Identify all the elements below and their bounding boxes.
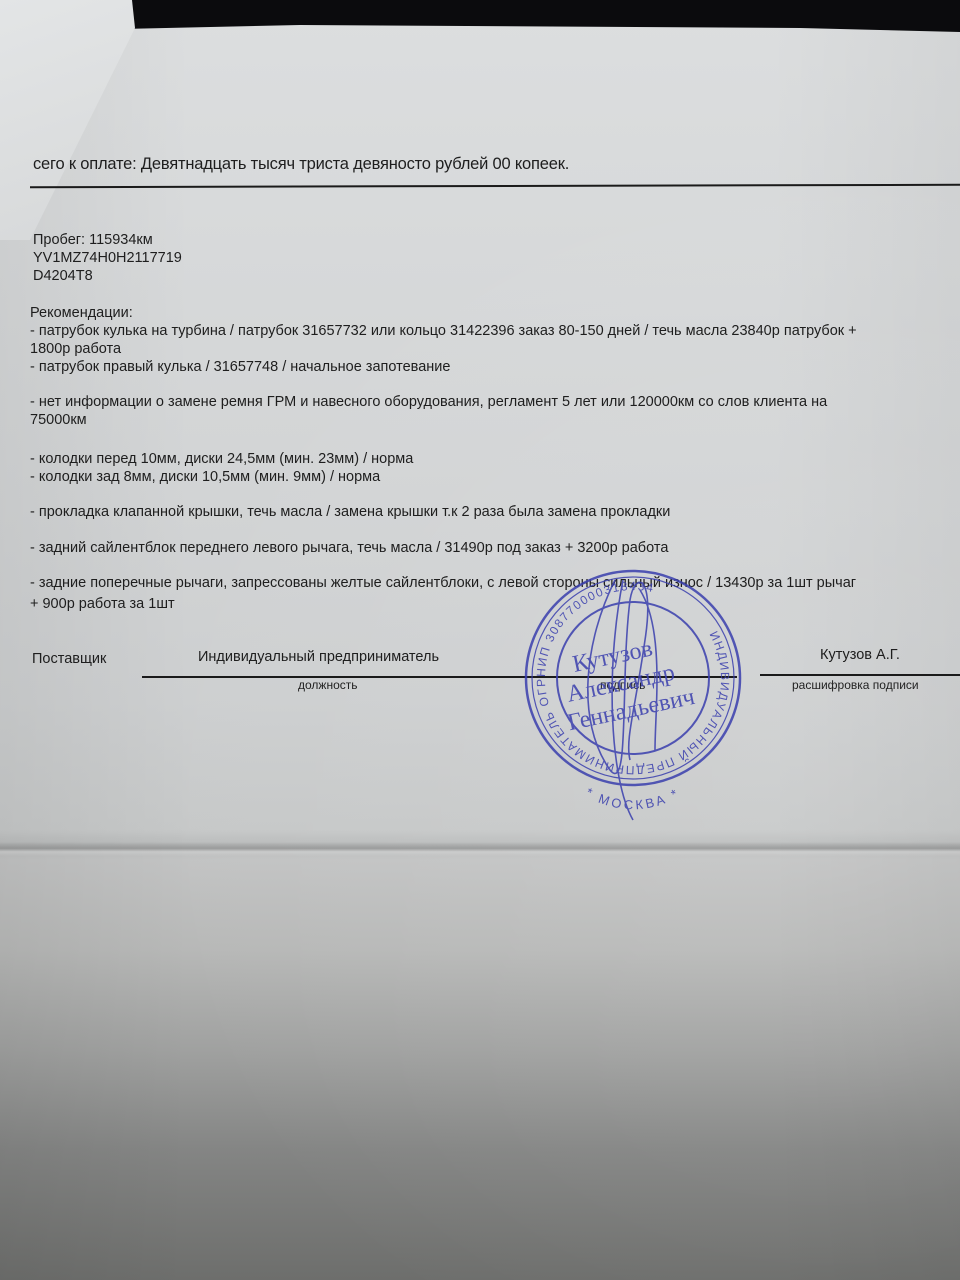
vin: YV1MZ74H0H2117719 [33,249,182,267]
recommendation-line: - колодки перед 10мм, диски 24,5мм (мин.… [30,450,413,468]
position-caption: должность [298,678,358,692]
name-caption: расшифровка подписи [792,678,919,692]
supplier-label: Поставщик [32,651,106,667]
recommendation-line: - патрубок кулька на турбина / патрубок … [30,322,857,340]
position-value: Индивидуальный предприниматель [198,649,439,665]
engine-code: D4204T8 [33,267,182,285]
paper-fold-crease [0,842,960,856]
recommendations-title: Рекомендации: [30,304,133,322]
signer-name: Кутузов А.Г. [820,647,900,663]
vehicle-info: Пробег: 115934км YV1MZ74H0H2117719 D4204… [33,231,182,285]
recommendation-line: - нет информации о замене ремня ГРМ и на… [30,393,827,411]
name-line [760,674,960,676]
recommendation-line: - колодки зад 8мм, диски 10,5мм (мин. 9м… [30,468,380,486]
document-page [0,0,960,1280]
recommendation-line: + 900р работа за 1шт [30,595,175,613]
mileage: Пробег: 115934км [33,231,182,249]
svg-text:* МОСКВА *: * МОСКВА * [583,785,683,813]
recommendation-line: - патрубок правый кулька / 31657748 / на… [30,358,450,376]
recommendation-line: - задний сайлентблок переднего левого ры… [30,539,668,557]
company-stamp: ИНДИВИДУАЛЬНЫЙ ПРЕДПРИНИМАТЕЛЬ ОГРНИП 30… [505,560,765,820]
recommendation-line: 1800р работа [30,340,121,358]
recommendation-line: 75000км [30,411,87,429]
total-amount-line: сего к оплате: Девятнадцать тысяч триста… [33,155,569,173]
recommendation-line: - прокладка клапанной крышки, течь масла… [30,503,670,521]
